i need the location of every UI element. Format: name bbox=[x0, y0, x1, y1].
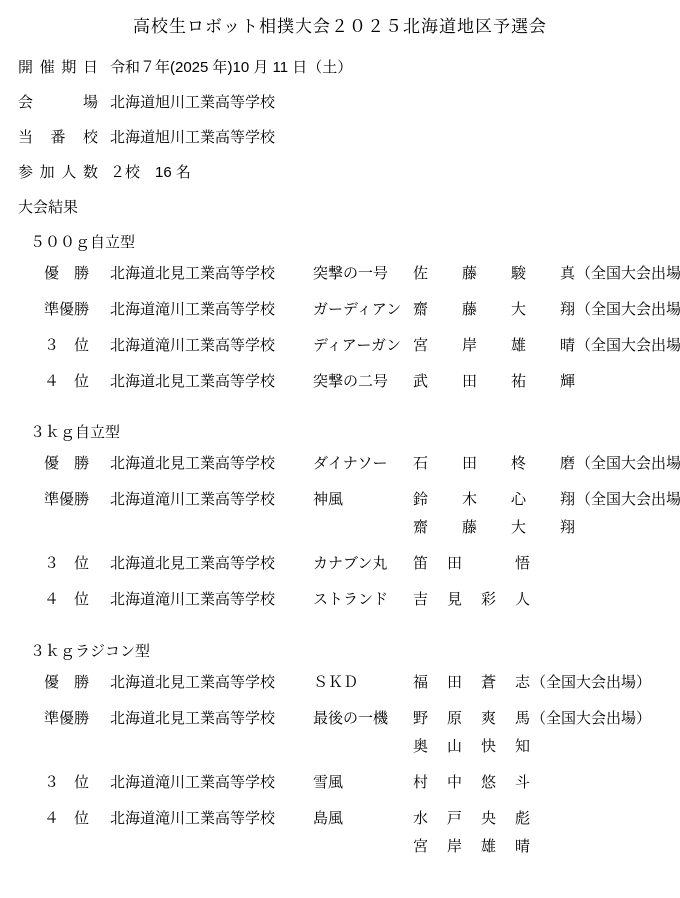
rank-cell: 優 勝 bbox=[44, 673, 110, 693]
name-char: 心 bbox=[511, 490, 560, 510]
info-value-host-school: 北海道旭川工業高等学校 bbox=[110, 129, 275, 146]
entrant-names: 宮岸雄晴（全国大会出場） bbox=[413, 336, 680, 356]
name-char: 山 bbox=[447, 737, 481, 757]
school-cell: 北海道北見工業高等学校 bbox=[110, 673, 313, 693]
entrant-names: 笛田悟 bbox=[413, 554, 531, 574]
section-heading-500g: ５００ｇ自立型 bbox=[0, 233, 680, 253]
name-char: 快 bbox=[481, 737, 515, 757]
rank-cell: 優 勝 bbox=[44, 454, 110, 474]
name-char: 宮 bbox=[413, 336, 462, 356]
name-char: 斗 bbox=[515, 773, 531, 793]
name-char: 爽 bbox=[481, 709, 515, 729]
name-char: 鈴 bbox=[413, 490, 462, 510]
school-cell: 北海道滝川工業高等学校 bbox=[110, 773, 313, 793]
entrant-name-line: 福田蒼志（全国大会出場） bbox=[413, 673, 651, 693]
info-value-participants: ２校 16 名 bbox=[110, 164, 191, 181]
entrant-name-line: 齋藤大翔（全国大会出場） bbox=[413, 300, 680, 320]
info-row-participants: 参加人数２校 16 名 bbox=[0, 163, 680, 183]
result-row: 準優勝 北海道滝川工業高等学校 ガーディアン 齋藤大翔（全国大会出場） bbox=[0, 300, 680, 320]
rank-cell: 優 勝 bbox=[44, 264, 110, 284]
entrant-name-line: 佐藤駿真（全国大会出場） bbox=[413, 264, 680, 284]
entrant-name-line: 宮岸雄晴（全国大会出場） bbox=[413, 336, 680, 356]
result-row: 準優勝 北海道滝川工業高等学校 神風 鈴木心翔（全国大会出場） 齋藤大翔 bbox=[0, 490, 680, 538]
school-cell: 北海道滝川工業高等学校 bbox=[110, 300, 313, 320]
result-row: ４ 位 北海道滝川工業高等学校 島風 水戸央彪 宮岸雄晴 bbox=[0, 809, 680, 857]
name-char: 田 bbox=[462, 372, 511, 392]
document-page: 高校生ロボット相撲大会２０２５北海道地区予選会 開催期日令和７年(2025 年)… bbox=[0, 0, 680, 857]
results-heading: 大会結果 bbox=[0, 198, 680, 218]
name-char: 雄 bbox=[481, 837, 515, 857]
name-char: 岸 bbox=[447, 837, 481, 857]
rank-cell: ４ 位 bbox=[44, 590, 110, 610]
entrant-name-line: 齋藤大翔 bbox=[413, 518, 680, 538]
name-char: 戸 bbox=[447, 809, 481, 829]
name-char: 野 bbox=[413, 709, 447, 729]
rank-cell: ４ 位 bbox=[44, 809, 110, 829]
name-char: 雄 bbox=[511, 336, 560, 356]
entrant-names: 石田柊磨（全国大会出場） bbox=[413, 454, 680, 474]
name-char: 田 bbox=[447, 554, 481, 574]
result-row: 準優勝 北海道北見工業高等学校 最後の一機 野原爽馬（全国大会出場） 奥山快知 bbox=[0, 709, 680, 757]
entrant-name-line: 石田柊磨（全国大会出場） bbox=[413, 454, 680, 474]
rank-cell: ３ 位 bbox=[44, 336, 110, 356]
section-3kg-radio-control: ３ｋｇラジコン型 優 勝 北海道北見工業高等学校 ＳＫＤ 福田蒼志（全国大会出場… bbox=[0, 642, 680, 857]
info-row-venue: 会場北海道旭川工業高等学校 bbox=[0, 93, 680, 113]
result-row: ４ 位 北海道滝川工業高等学校 ストランド 吉見彩人 bbox=[0, 590, 680, 610]
advance-note: （全国大会出場） bbox=[576, 454, 680, 474]
name-char: 翔 bbox=[560, 490, 576, 510]
robot-name-cell: カナブン丸 bbox=[313, 554, 413, 574]
school-cell: 北海道北見工業高等学校 bbox=[110, 554, 313, 574]
robot-name-cell: ＳＫＤ bbox=[313, 673, 413, 693]
entrant-names: 福田蒼志（全国大会出場） bbox=[413, 673, 651, 693]
name-char: 奥 bbox=[413, 737, 447, 757]
entrant-name-line: 水戸央彪 bbox=[413, 809, 531, 829]
info-label-venue: 会場 bbox=[18, 93, 98, 113]
info-value-date: 令和７年(2025 年)10 月 11 日（土） bbox=[110, 59, 352, 76]
name-char: 笛 bbox=[413, 554, 447, 574]
entrant-names: 佐藤駿真（全国大会出場） bbox=[413, 264, 680, 284]
school-cell: 北海道北見工業高等学校 bbox=[110, 264, 313, 284]
name-char: 駿 bbox=[511, 264, 560, 284]
name-char bbox=[481, 554, 515, 574]
robot-name-cell: ストランド bbox=[313, 590, 413, 610]
info-label-date: 開催期日 bbox=[18, 58, 98, 78]
name-char: 晴 bbox=[560, 336, 576, 356]
name-char: 武 bbox=[413, 372, 462, 392]
entrant-name-line: 笛田悟 bbox=[413, 554, 531, 574]
name-char: 蒼 bbox=[481, 673, 515, 693]
entrant-name-line: 宮岸雄晴 bbox=[413, 837, 531, 857]
entrant-name-line: 吉見彩人 bbox=[413, 590, 531, 610]
result-row: 優 勝 北海道北見工業高等学校 ＳＫＤ 福田蒼志（全国大会出場） bbox=[0, 673, 680, 693]
name-char: 大 bbox=[511, 300, 560, 320]
advance-note: （全国大会出場） bbox=[576, 336, 680, 356]
rank-cell: 準優勝 bbox=[44, 300, 110, 320]
robot-name-cell: 神風 bbox=[313, 490, 413, 510]
robot-name-cell: 突撃の二号 bbox=[313, 372, 413, 392]
entrant-name-line: 野原爽馬（全国大会出場） bbox=[413, 709, 651, 729]
robot-name-cell: 突撃の一号 bbox=[313, 264, 413, 284]
entrant-names: 村中悠斗 bbox=[413, 773, 531, 793]
result-row: ３ 位 北海道滝川工業高等学校 ディアーガン 宮岸雄晴（全国大会出場） bbox=[0, 336, 680, 356]
name-char: 岸 bbox=[462, 336, 511, 356]
name-char: 原 bbox=[447, 709, 481, 729]
school-cell: 北海道滝川工業高等学校 bbox=[110, 490, 313, 510]
name-char: 藤 bbox=[462, 300, 511, 320]
name-char: 悠 bbox=[481, 773, 515, 793]
rank-cell: ４ 位 bbox=[44, 372, 110, 392]
entrant-names: 野原爽馬（全国大会出場） 奥山快知 bbox=[413, 709, 651, 757]
name-char: 磨 bbox=[560, 454, 576, 474]
result-row: 優 勝 北海道北見工業高等学校 突撃の一号 佐藤駿真（全国大会出場） bbox=[0, 264, 680, 284]
robot-name-cell: 最後の一機 bbox=[313, 709, 413, 729]
entrant-names: 吉見彩人 bbox=[413, 590, 531, 610]
school-cell: 北海道滝川工業高等学校 bbox=[110, 336, 313, 356]
school-cell: 北海道滝川工業高等学校 bbox=[110, 809, 313, 829]
rank-cell: 準優勝 bbox=[44, 490, 110, 510]
advance-note: （全国大会出場） bbox=[531, 673, 651, 693]
name-char: 志 bbox=[515, 673, 531, 693]
name-char: 宮 bbox=[413, 837, 447, 857]
info-value-venue: 北海道旭川工業高等学校 bbox=[110, 94, 275, 111]
name-char: 彪 bbox=[515, 809, 531, 829]
advance-note: （全国大会出場） bbox=[531, 709, 651, 729]
name-char: 水 bbox=[413, 809, 447, 829]
advance-note: （全国大会出場） bbox=[576, 300, 680, 320]
section-3kg-autonomous: ３ｋｇ自立型 優 勝 北海道北見工業高等学校 ダイナソー 石田柊磨（全国大会出場… bbox=[0, 423, 680, 610]
name-char: 藤 bbox=[462, 264, 511, 284]
name-char: 中 bbox=[447, 773, 481, 793]
entrant-name-line: 鈴木心翔（全国大会出場） bbox=[413, 490, 680, 510]
name-char: 木 bbox=[462, 490, 511, 510]
info-label-participants: 参加人数 bbox=[18, 163, 98, 183]
name-char: 齋 bbox=[413, 300, 462, 320]
section-heading-3kg: ３ｋｇ自立型 bbox=[0, 423, 680, 443]
name-char: 石 bbox=[413, 454, 462, 474]
name-char: 柊 bbox=[511, 454, 560, 474]
robot-name-cell: ガーディアン bbox=[313, 300, 413, 320]
entrant-names: 武田祐輝 bbox=[413, 372, 576, 392]
name-char: 福 bbox=[413, 673, 447, 693]
name-char: 彩 bbox=[481, 590, 515, 610]
info-row-date: 開催期日令和７年(2025 年)10 月 11 日（土） bbox=[0, 58, 680, 78]
info-label-host-school: 当番校 bbox=[18, 128, 98, 148]
name-char: 真 bbox=[560, 264, 576, 284]
school-cell: 北海道滝川工業高等学校 bbox=[110, 590, 313, 610]
rank-cell: 準優勝 bbox=[44, 709, 110, 729]
section-500g-autonomous: ５００ｇ自立型 優 勝 北海道北見工業高等学校 突撃の一号 佐藤駿真（全国大会出… bbox=[0, 233, 680, 392]
rank-cell: ３ 位 bbox=[44, 554, 110, 574]
robot-name-cell: 島風 bbox=[313, 809, 413, 829]
name-char: 藤 bbox=[462, 518, 511, 538]
page-title: 高校生ロボット相撲大会２０２５北海道地区予選会 bbox=[0, 14, 680, 40]
result-row: ３ 位 北海道滝川工業高等学校 雪風 村中悠斗 bbox=[0, 773, 680, 793]
entrant-names: 鈴木心翔（全国大会出場） 齋藤大翔 bbox=[413, 490, 680, 538]
entrant-names: 水戸央彪 宮岸雄晴 bbox=[413, 809, 531, 857]
name-char: 佐 bbox=[413, 264, 462, 284]
name-char: 大 bbox=[511, 518, 560, 538]
advance-note: （全国大会出場） bbox=[576, 490, 680, 510]
name-char: 齋 bbox=[413, 518, 462, 538]
school-cell: 北海道北見工業高等学校 bbox=[110, 709, 313, 729]
result-row: ３ 位 北海道北見工業高等学校 カナブン丸 笛田悟 bbox=[0, 554, 680, 574]
name-char: 晴 bbox=[515, 837, 531, 857]
entrant-name-line: 村中悠斗 bbox=[413, 773, 531, 793]
entrant-name-line: 武田祐輝 bbox=[413, 372, 576, 392]
name-char: 馬 bbox=[515, 709, 531, 729]
name-char: 人 bbox=[515, 590, 531, 610]
entrant-name-line: 奥山快知 bbox=[413, 737, 651, 757]
advance-note: （全国大会出場） bbox=[576, 264, 680, 284]
result-row: ４ 位 北海道北見工業高等学校 突撃の二号 武田祐輝 bbox=[0, 372, 680, 392]
robot-name-cell: ダイナソー bbox=[313, 454, 413, 474]
name-char: 田 bbox=[447, 673, 481, 693]
school-cell: 北海道北見工業高等学校 bbox=[110, 454, 313, 474]
name-char: 村 bbox=[413, 773, 447, 793]
result-row: 優 勝 北海道北見工業高等学校 ダイナソー 石田柊磨（全国大会出場） bbox=[0, 454, 680, 474]
entrant-names: 齋藤大翔（全国大会出場） bbox=[413, 300, 680, 320]
name-char: 翔 bbox=[560, 518, 576, 538]
info-row-host-school: 当番校北海道旭川工業高等学校 bbox=[0, 128, 680, 148]
name-char: 央 bbox=[481, 809, 515, 829]
name-char: 輝 bbox=[560, 372, 576, 392]
robot-name-cell: ディアーガン bbox=[313, 336, 413, 356]
name-char: 祐 bbox=[511, 372, 560, 392]
name-char: 翔 bbox=[560, 300, 576, 320]
rank-cell: ３ 位 bbox=[44, 773, 110, 793]
name-char: 吉 bbox=[413, 590, 447, 610]
robot-name-cell: 雪風 bbox=[313, 773, 413, 793]
name-char: 悟 bbox=[515, 554, 531, 574]
name-char: 知 bbox=[515, 737, 531, 757]
name-char: 見 bbox=[447, 590, 481, 610]
section-heading-3kg-rc: ３ｋｇラジコン型 bbox=[0, 642, 680, 662]
school-cell: 北海道北見工業高等学校 bbox=[110, 372, 313, 392]
name-char: 田 bbox=[462, 454, 511, 474]
